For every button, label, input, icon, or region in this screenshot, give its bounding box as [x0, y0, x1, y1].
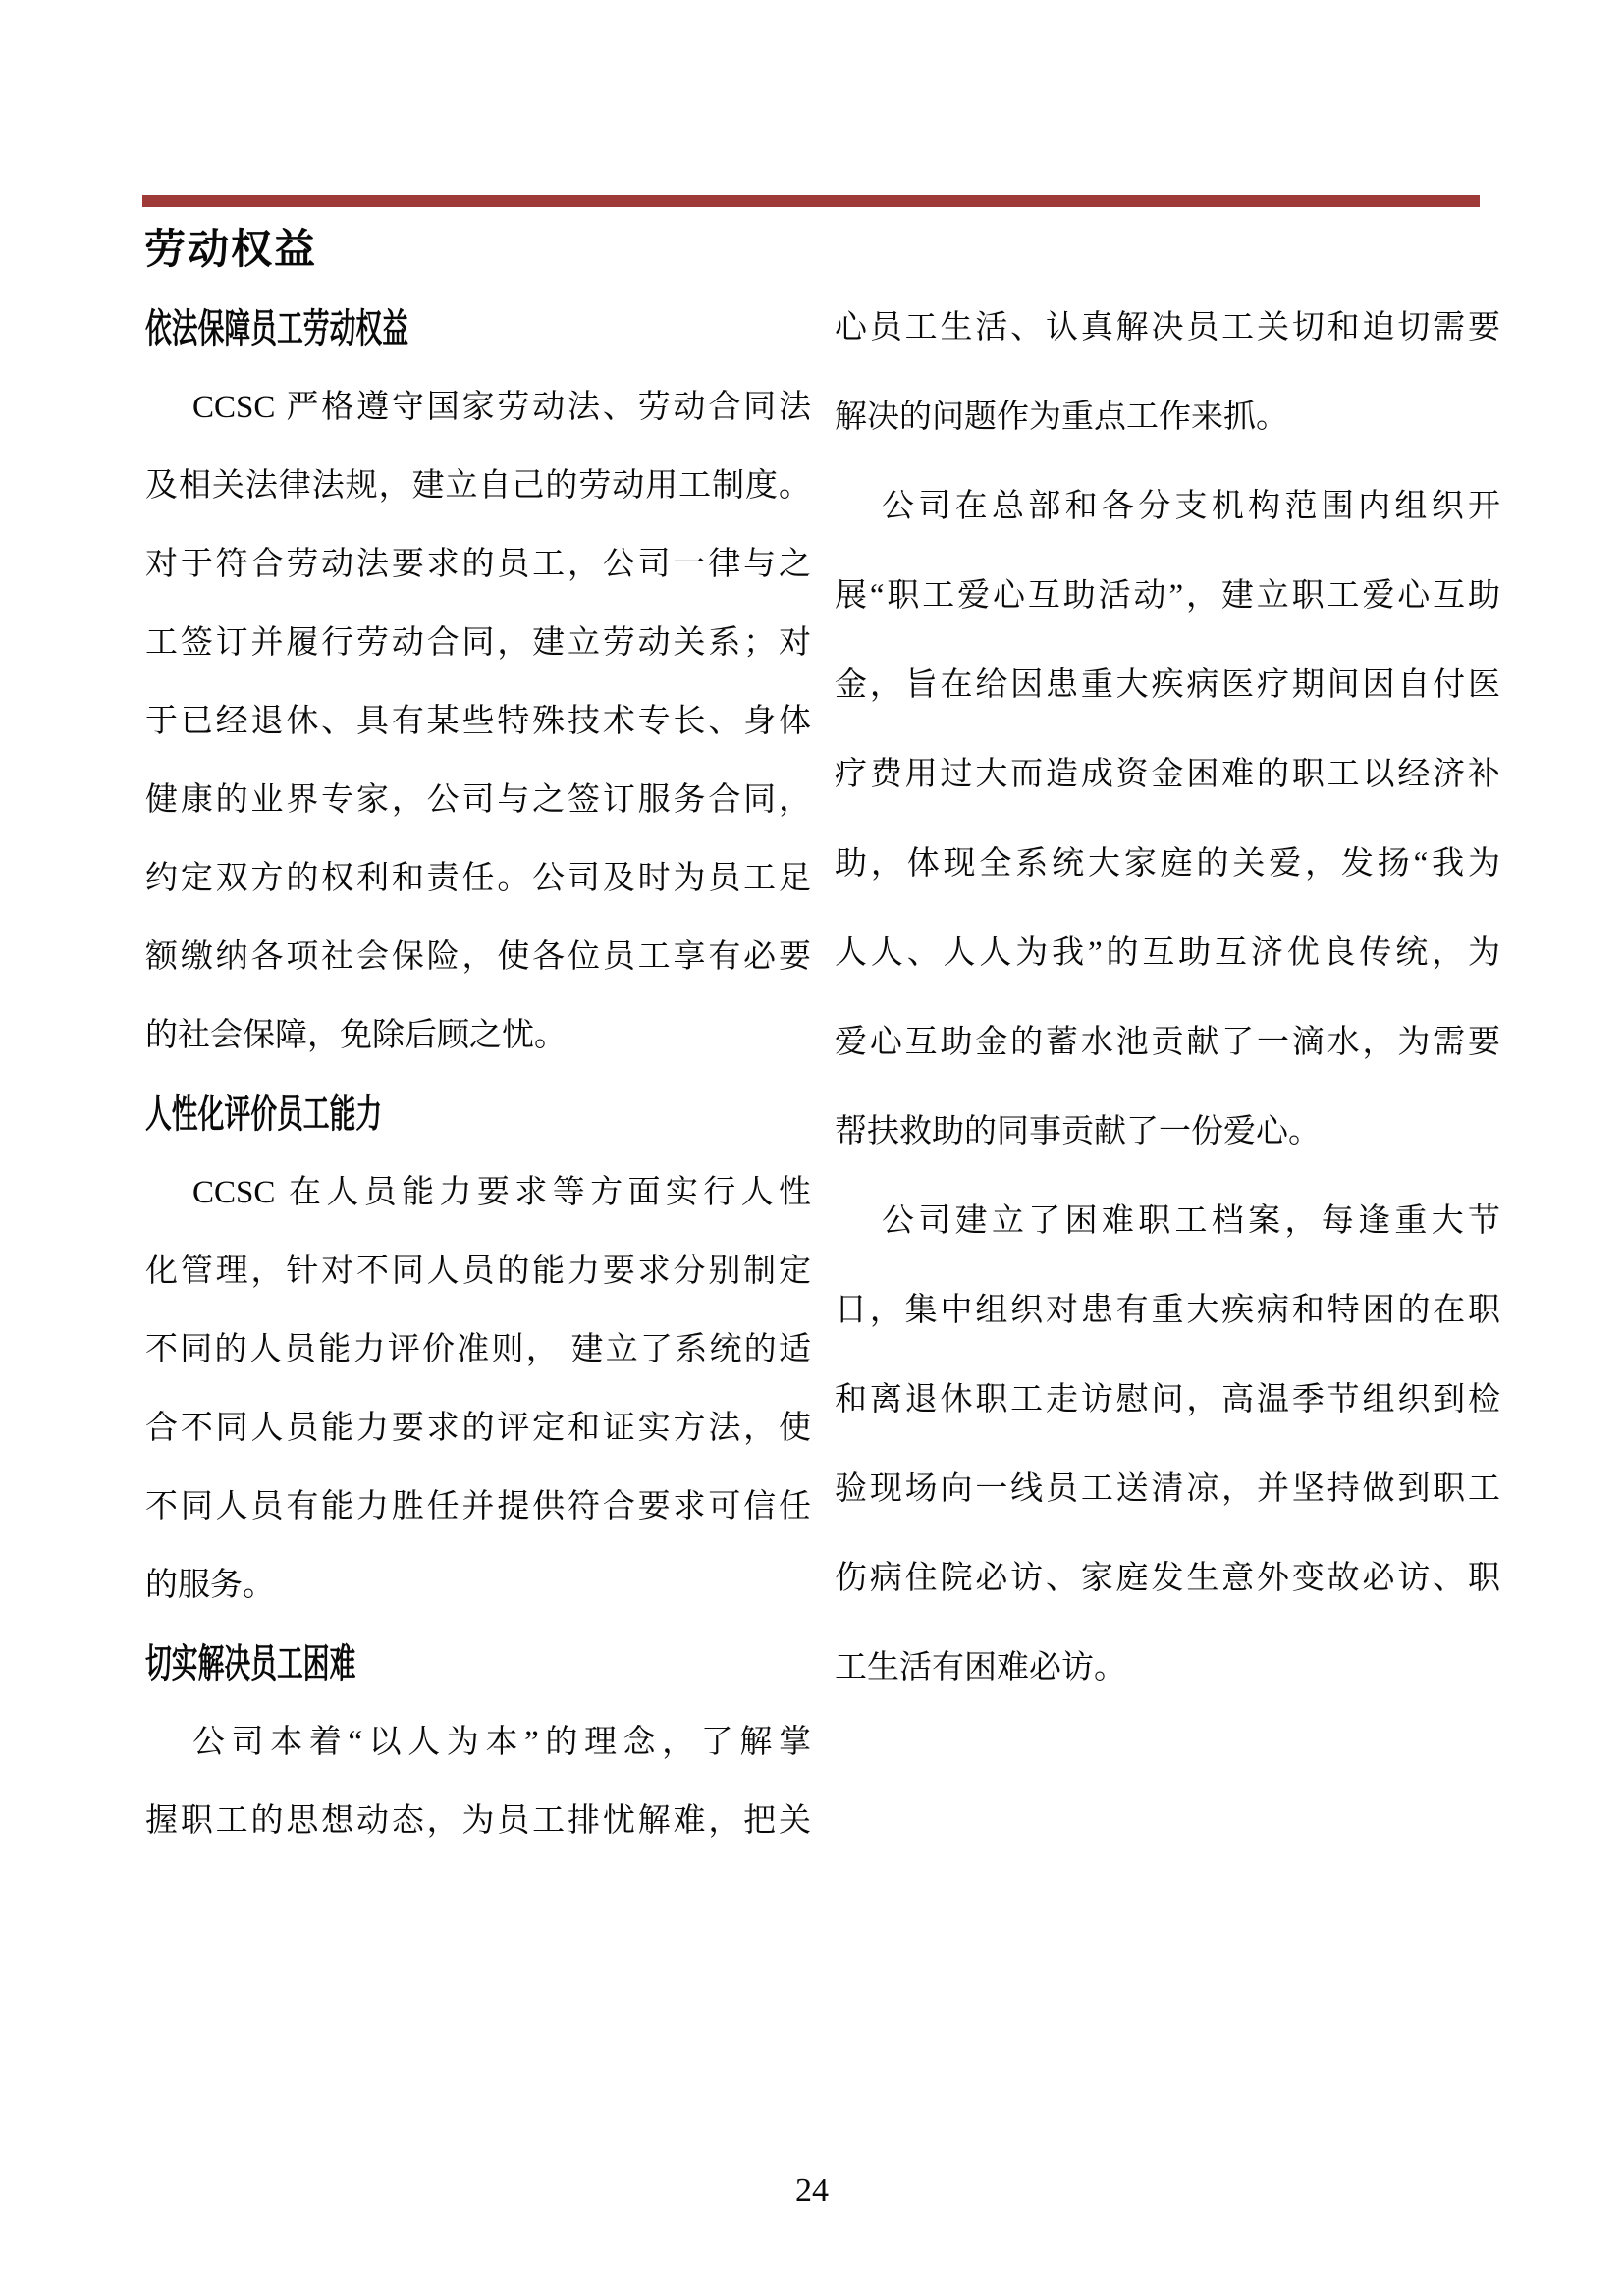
text-line: 疗费用过大而造成资金困难的职工以经济补 [835, 730, 1500, 820]
text-line: 的社会保障，免除后顾之忧。 [145, 996, 811, 1075]
text-line: 约定双方的权利和责任。公司及时为员工足 [145, 839, 811, 918]
text-line: 及相关法律法规，建立自己的劳动用工制度。 [145, 447, 811, 525]
text-line: 工生活有困难必访。 [835, 1624, 1500, 1713]
document-page: 劳动权益 依法保障员工劳动权益 CCSC 严格遵守国家劳动法、劳动合同法 及相关… [0, 0, 1624, 2296]
text-line: 爱心互助金的蓄水池贡献了一滴水，为需要 [835, 998, 1500, 1088]
text-line: 公司在总部和各分支机构范围内组织开 [835, 462, 1500, 552]
text-line: 验现场向一线员工送清凉，并坚持做到职工 [835, 1445, 1500, 1534]
text-line: 公司本着“以人为本”的理念，了解掌 [145, 1703, 811, 1782]
page-number: 24 [0, 2171, 1624, 2211]
text-line: 健康的业界专家，公司与之签订服务合同， [145, 761, 811, 839]
text-line: 不同的人员能力评价准则， 建立了系统的适 [145, 1310, 811, 1389]
text-line: 心员工生活、认真解决员工关切和迫切需要 [835, 284, 1500, 373]
text-line: 帮扶救助的同事贡献了一份爱心。 [835, 1088, 1500, 1177]
section-heading-labor-rights-by-law: 依法保障员工劳动权益 [145, 290, 591, 368]
text-line: 握职工的思想动态，为员工排忧解难，把关 [145, 1782, 811, 1860]
text-line: 和离退休职工走访慰问，高温季节组织到检 [835, 1356, 1500, 1445]
section-heading-humanized-evaluation: 人性化评价员工能力 [145, 1075, 591, 1153]
section-heading-solve-employee-difficulties: 切实解决员工困难 [145, 1625, 591, 1703]
text-line: 不同人员有能力胜任并提供符合要求可信任 [145, 1468, 811, 1546]
text-line: 人人、人人为我”的互助互济优良传统，为 [835, 909, 1500, 998]
text-line: 于已经退休、具有某些特殊技术专长、身体 [145, 682, 811, 761]
text-line: 额缴纳各项社会保险，使各位员工享有必要 [145, 918, 811, 996]
text-line: 对于符合劳动法要求的员工，公司一律与之 [145, 525, 811, 604]
text-line: 的服务。 [145, 1546, 811, 1625]
text-line: 金，旨在给因患重大疾病医疗期间因自付医 [835, 641, 1500, 730]
text-line: CCSC 在人员能力要求等方面实行人性 [145, 1153, 811, 1232]
right-column: 心员工生活、认真解决员工关切和迫切需要 解决的问题作为重点工作来抓。 公司在总部… [835, 284, 1500, 1713]
left-column: 依法保障员工劳动权益 CCSC 严格遵守国家劳动法、劳动合同法 及相关法律法规，… [145, 290, 811, 1860]
text-line: 助，体现全系统大家庭的关爱，发扬“我为 [835, 820, 1500, 909]
text-line: 合不同人员能力要求的评定和证实方法，使 [145, 1389, 811, 1468]
text-line: 伤病住院必访、家庭发生意外变故必访、职 [835, 1534, 1500, 1624]
text-line: 化管理，针对不同人员的能力要求分别制定 [145, 1232, 811, 1310]
text-line: 日，集中组织对患有重大疾病和特困的在职 [835, 1266, 1500, 1356]
text-line: 工签订并履行劳动合同，建立劳动关系；对 [145, 604, 811, 682]
text-line: 解决的问题作为重点工作来抓。 [835, 373, 1500, 462]
text-line: 公司建立了困难职工档案，每逢重大节 [835, 1177, 1500, 1266]
title-rule-divider [142, 195, 1480, 207]
text-line: 展“职工爱心互助活动”，建立职工爱心互助 [835, 552, 1500, 641]
page-title: 劳动权益 [144, 226, 317, 273]
text-line: CCSC 严格遵守国家劳动法、劳动合同法 [145, 368, 811, 447]
